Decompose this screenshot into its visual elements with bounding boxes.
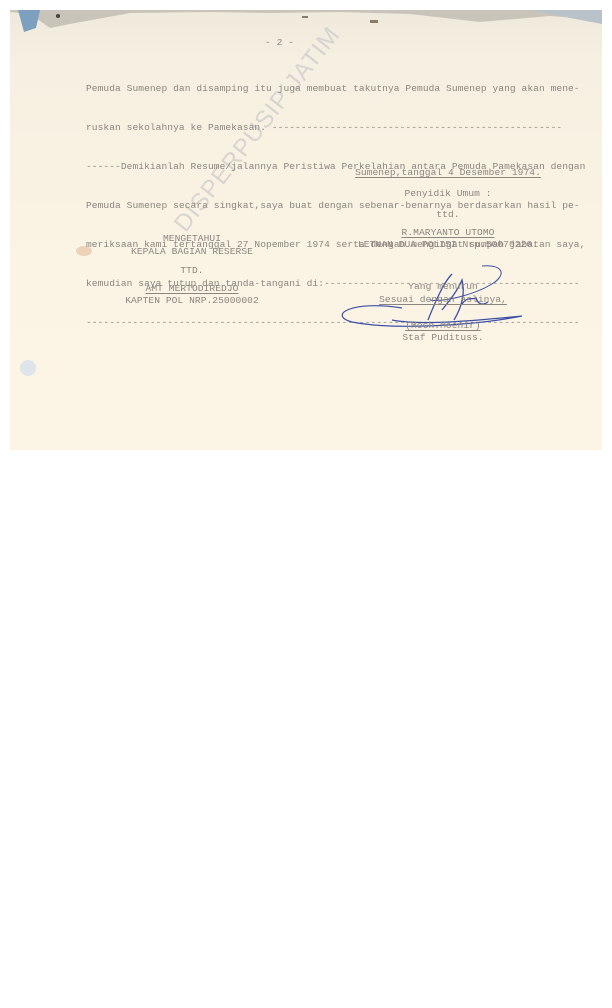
copy-line-1: Yang menurun (368, 280, 518, 293)
investigator-rank: LETNAN DUA POLISI Nrp.50070226. (348, 238, 548, 251)
scanned-document-page: DISPERPUSIP JATIM - 2 - Pemuda Sumenep d… (10, 10, 602, 450)
investigator-signed-mark: ttd. (348, 208, 548, 221)
approval-rank: KAPTEN POL NRP.25000002 (122, 294, 262, 307)
approval-title: KEPALA BAGIAN RESERSE (122, 245, 262, 258)
investigator-role: Penyidik Umum : (348, 187, 548, 200)
investigator-name: R.MARYANTO UTOMO (348, 227, 548, 238)
page-number: - 2 - (265, 36, 294, 49)
approval-label: MENGETAHUI (122, 232, 262, 245)
investigator-signature-block: Sumenep,tanggal 4 Desember 1974. Penyidi… (348, 166, 548, 251)
copy-line-2: Sesuai dengan aslinya, (368, 293, 518, 306)
approval-block: MENGETAHUI KEPALA BAGIAN RESERSE TTD. AM… (122, 232, 262, 307)
approval-name: AMT MERTODIREDJO (122, 283, 262, 294)
approval-signed-mark: TTD. (122, 264, 262, 277)
torn-edge-decoration (10, 10, 602, 38)
place-date: Sumenep,tanggal 4 Desember 1974. (348, 166, 548, 179)
certified-copy-block: Yang menurun Sesuai dengan aslinya, (Moc… (368, 280, 518, 344)
paragraph-line: ruskan sekolahnya ke Pamekasan. --------… (86, 121, 585, 134)
punch-hole (20, 360, 36, 376)
copy-signer-title: Staf Pudituss. (368, 331, 518, 344)
copy-signer-name: (Moch.Moenir) (368, 320, 518, 331)
paragraph-line: Pemuda Sumenep dan disamping itu juga me… (86, 82, 585, 95)
